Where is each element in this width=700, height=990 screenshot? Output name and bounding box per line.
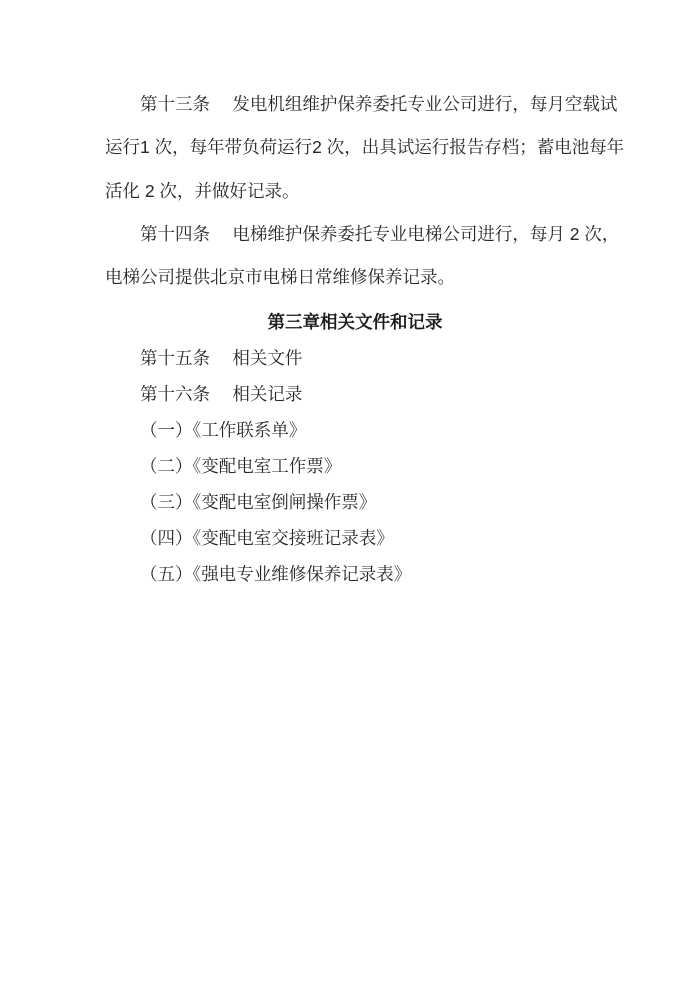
article-13-line-1: 第十三条 发电机组维护保养委托专业公司进行，每月空载试 (105, 83, 605, 126)
articles-section: 第十三条 发电机组维护保养委托专业公司进行，每月空载试 运行1 次，每年带负荷运… (105, 83, 605, 299)
chapter-3-section: 第三章相关文件和记录 第十五条 相关文件 第十六条 相关记录 （一）《工作联系单… (105, 304, 605, 592)
article-14-paragraph: 第十四条 电梯维护保养委托专业电梯公司进行，每月 2 次， 电梯公司提供北京市电… (105, 213, 605, 300)
article-15-line: 第十五条 相关文件 (105, 340, 605, 376)
document-page: 第十三条 发电机组维护保养委托专业公司进行，每月空载试 运行1 次，每年带负荷运… (0, 0, 700, 990)
article-16-line: 第十六条 相关记录 (105, 376, 605, 412)
article-14-line-1: 第十四条 电梯维护保养委托专业电梯公司进行，每月 2 次， (105, 213, 605, 256)
record-item-4: （四）《变配电室交接班记录表》 (105, 520, 605, 556)
chapter-3-heading: 第三章相关文件和记录 (105, 304, 605, 340)
record-list: （一）《工作联系单》 （二）《变配电室工作票》 （三）《变配电室倒闸操作票》 （… (105, 412, 605, 592)
article-13-paragraph: 第十三条 发电机组维护保养委托专业公司进行，每月空载试 运行1 次，每年带负荷运… (105, 83, 605, 213)
record-item-2: （二）《变配电室工作票》 (105, 448, 605, 484)
article-13-line-3: 活化 2 次，并做好记录。 (105, 170, 605, 213)
record-item-3: （三）《变配电室倒闸操作票》 (105, 484, 605, 520)
article-13-line-2: 运行1 次，每年带负荷运行2 次，出具试运行报告存档；蓄电池每年 (105, 126, 605, 169)
record-item-1: （一）《工作联系单》 (105, 412, 605, 448)
article-14-line-2: 电梯公司提供北京市电梯日常维修保养记录。 (105, 256, 605, 299)
record-item-5: （五）《强电专业维修保养记录表》 (105, 556, 605, 592)
